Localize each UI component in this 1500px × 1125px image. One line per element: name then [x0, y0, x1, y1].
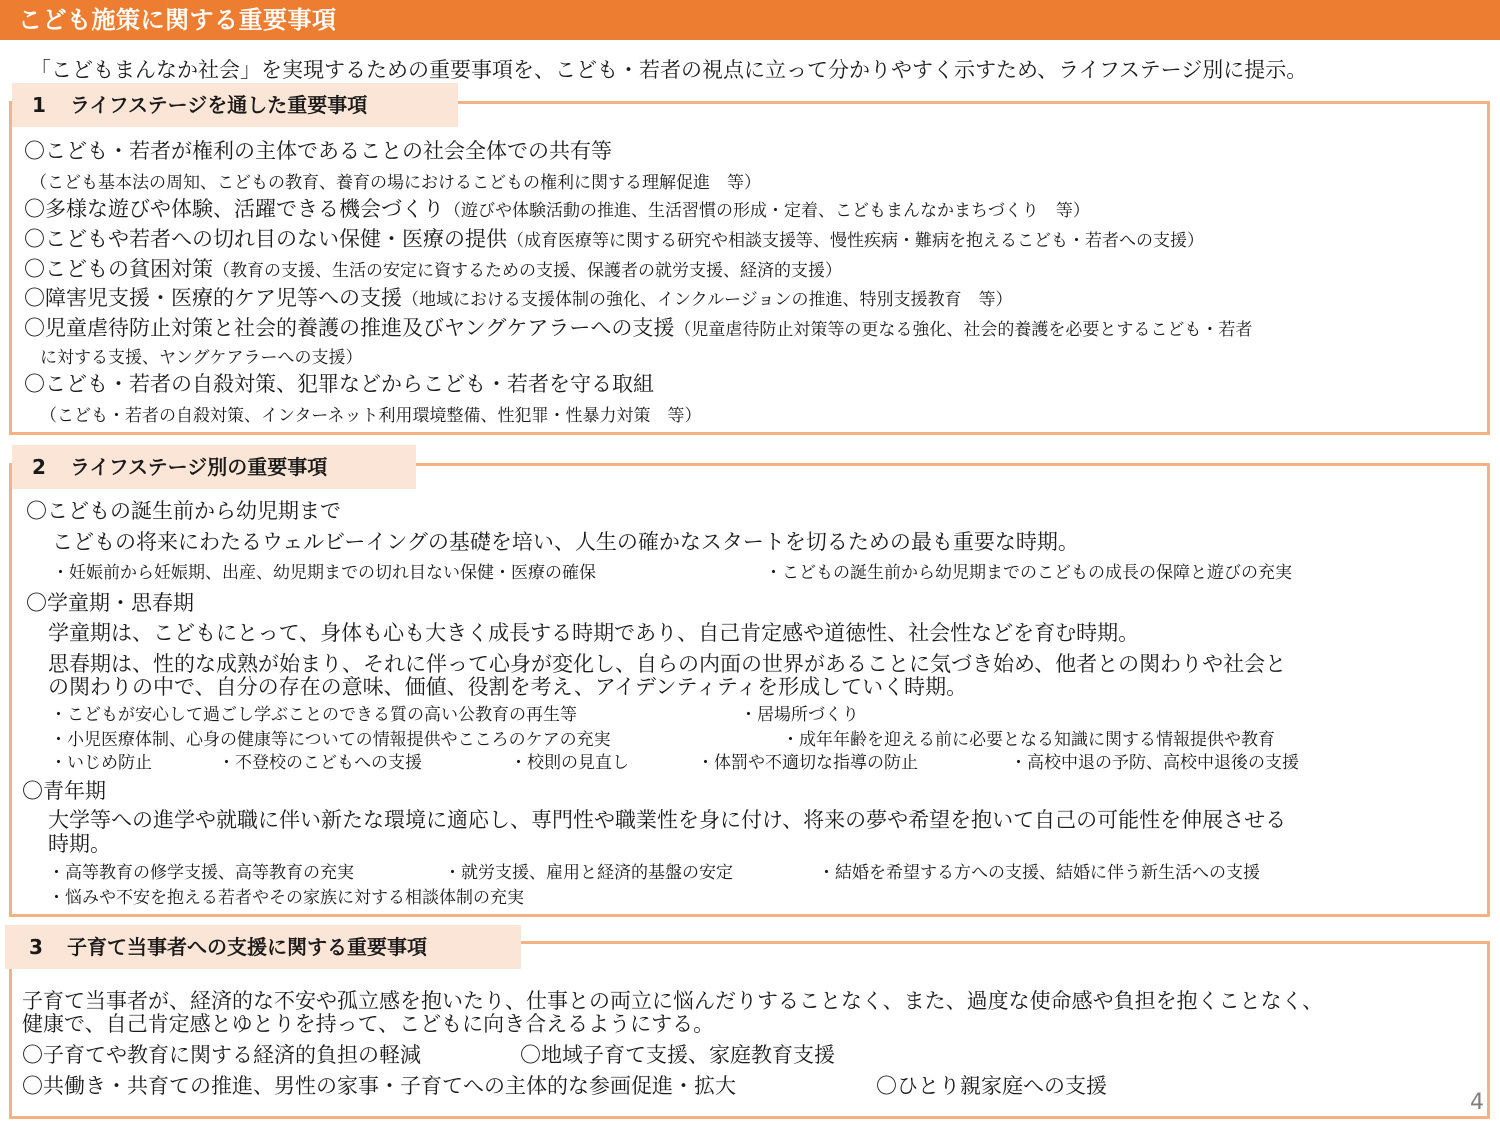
s2-stage-1-heading: 〇こどもの誕生前から幼児期まで: [26, 495, 341, 525]
s2-stage-2-bullet: ・成年年齢を迎える前に必要となる知識に関する情報提供や教育: [782, 725, 1275, 750]
s2-stage-3-bullet: ・結婚を希望する方への支援、結婚に伴う新生活への支援: [818, 858, 1260, 883]
s1-item-6-note-cont: に対する支援、ヤングケアラーへの支援）: [40, 343, 363, 368]
s2-stage-2-bullet: ・体罰や不適切な指導の防止: [697, 748, 918, 773]
section-3-label: 3子育て当事者への支援に関する重要事項: [5, 925, 521, 969]
s3-desc: 健康で、自己肯定感とゆとりを持って、こどもに向き合えるようにする。: [22, 1008, 714, 1038]
s3-item: 〇子育てや教育に関する経済的負担の軽減: [22, 1039, 421, 1069]
s1-item-7: 〇こども・若者の自殺対策、犯罪などからこども・若者を守る取組: [24, 368, 654, 398]
s2-stage-3-desc: 大学等への進学や就職に伴い新たな環境に適応し、専門性や職業性を身に付け、将来の夢…: [48, 804, 1286, 834]
s2-stage-2-bullet: ・不登校のこどもへの支援: [218, 748, 422, 773]
s2-stage-3-bullet: ・就労支援、雇用と経済的基盤の安定: [444, 858, 733, 883]
s1-item-1: 〇こども・若者が権利の主体であることの社会全体での共有等: [24, 135, 612, 165]
section-3-title: 子育て当事者への支援に関する重要事項: [67, 935, 427, 959]
section-1-label: 1ライフステージを通した重要事項: [12, 83, 458, 127]
section-2-number: 2: [32, 445, 70, 489]
s2-stage-3-desc: 時期。: [48, 828, 111, 858]
section-3-number: 3: [29, 925, 67, 969]
s3-item: 〇地域子育て支援、家庭教育支援: [520, 1039, 835, 1069]
s2-stage-3-heading: 〇青年期: [22, 775, 106, 805]
s2-stage-1-bullet: ・こどもの誕生前から幼児期までのこどもの成長の保障と遊びの充実: [765, 558, 1292, 583]
s1-item-1-note: （こども基本法の周知、こどもの教育、養育の場におけるこどもの権利に関する理解促進…: [30, 168, 761, 193]
s2-stage-1-bullet: ・妊娠前から妊娠期、出産、幼児期までの切れ目ない保健・医療の確保: [52, 558, 596, 583]
s2-stage-3-bullet: ・悩みや不安を抱える若者やその家族に対する相談体制の充実: [48, 883, 524, 908]
intro-text: 「こどもまんなか社会」を実現するための重要事項を、こども・若者の視点に立って分か…: [30, 55, 1307, 85]
s2-stage-2-bullet: ・校則の見直し: [510, 748, 629, 773]
s1-item-5: 〇障害児支援・医療的ケア児等への支援（地域における支援体制の強化、インクルージョ…: [24, 282, 1012, 312]
s3-item: 〇共働き・共育ての推進、男性の家事・子育てへの主体的な参画促進・拡大: [22, 1070, 736, 1100]
s1-item-3: 〇こどもや若者への切れ目のない保健・医療の提供（成育医療等に関する研究や相談支援…: [24, 223, 1204, 253]
section-1-number: 1: [32, 83, 70, 127]
s2-stage-2-bullet: ・高校中退の予防、高校中退後の支援: [1010, 748, 1299, 773]
s2-stage-2-bullet: ・小児医療体制、心身の健康等についての情報提供やこころのケアの充実: [50, 725, 611, 750]
s2-stage-3-bullet: ・高等教育の修学支援、高等教育の充実: [48, 858, 354, 883]
s1-item-7-note: （こども・若者の自殺対策、インターネット利用環境整備、性犯罪・性暴力対策 等）: [40, 401, 701, 426]
s2-stage-2-desc: の関わりの中で、自分の存在の意味、価値、役割を考え、アイデンティティを形成してい…: [48, 671, 967, 701]
s1-item-4: 〇こどもの貧困対策（教育の支援、生活の安定に資するための支援、保護者の就労支援、…: [24, 253, 842, 283]
s2-stage-2-bullet: ・いじめ防止: [50, 748, 152, 773]
s1-item-2: 〇多様な遊びや体験、活躍できる機会づくり（遊びや体験活動の推進、生活習慣の形成・…: [24, 193, 1090, 223]
s2-stage-1-desc: こどもの将来にわたるウェルビーイングの基礎を培い、人生の確かなスタートを切るため…: [52, 526, 1079, 556]
s2-stage-2-bullet: ・こどもが安心して過ごし学ぶことのできる質の高い公教育の再生等: [50, 700, 577, 725]
section-2-label: 2ライフステージ別の重要事項: [12, 445, 416, 489]
s2-stage-2-bullet: ・居場所づくり: [740, 700, 859, 725]
section-2-title: ライフステージ別の重要事項: [70, 455, 327, 479]
s2-stage-2-desc: 学童期は、こどもにとって、身体も心も大きく成長する時期であり、自己肯定感や道徳性…: [48, 617, 1139, 647]
s1-item-6: 〇児童虐待防止対策と社会的養護の推進及びヤングケアラーへの支援（児童虐待防止対策…: [24, 312, 1252, 342]
page-number: 4: [1470, 1090, 1484, 1115]
section-1-title: ライフステージを通した重要事項: [70, 93, 367, 117]
s2-stage-2-heading: 〇学童期・思春期: [26, 587, 194, 617]
s3-item: 〇ひとり親家庭への支援: [876, 1070, 1107, 1100]
page-title: こども施策に関する重要事項: [0, 0, 1500, 40]
